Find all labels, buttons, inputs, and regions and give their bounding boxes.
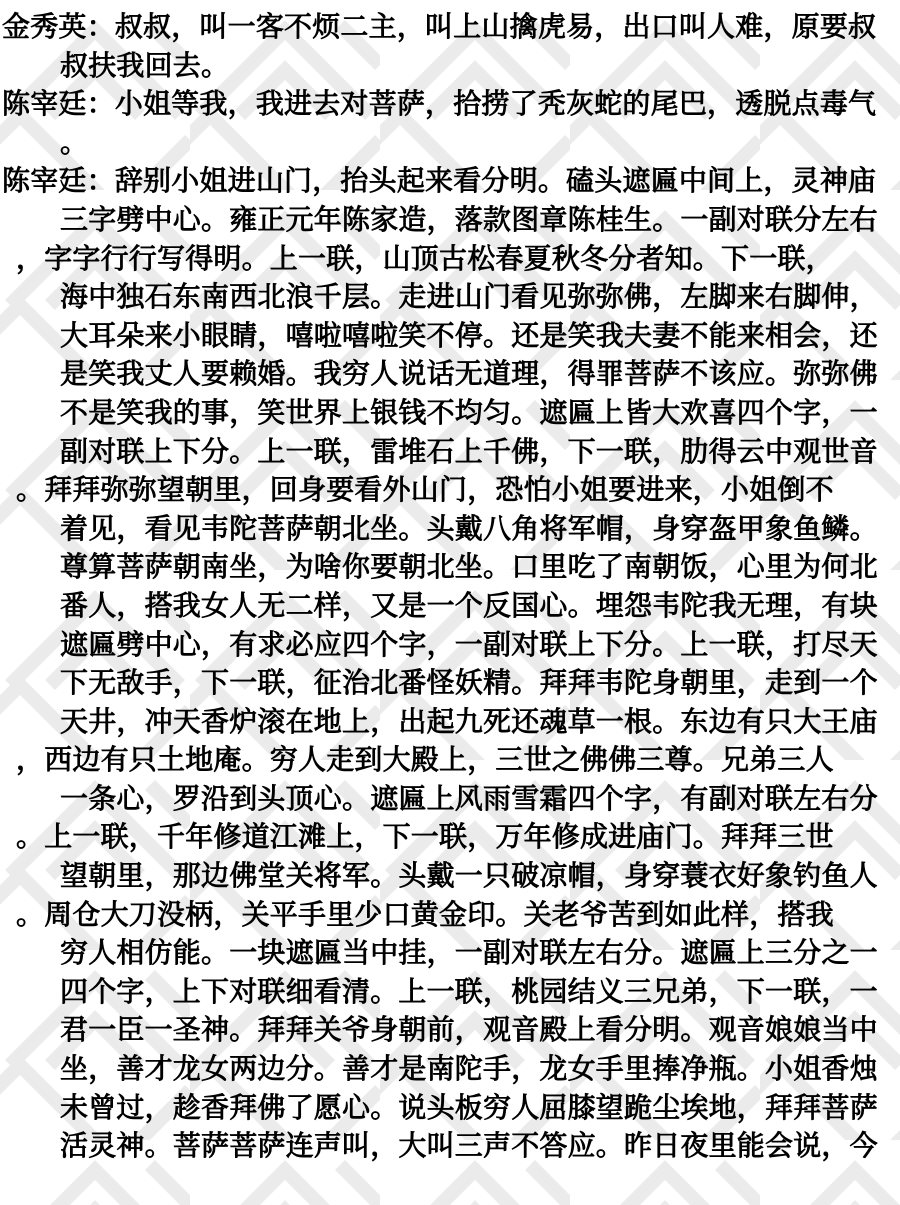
- text-line: 。拜拜弥弥望朝里，回身要看外山门，恐怕小姐要进来，小姐倒不: [16, 472, 900, 511]
- speaker-name: 陈宰廷：: [2, 166, 115, 197]
- text-line: 下无敌手，下一联，征治北番怪妖精。拜拜韦陀身朝里，走到一个: [60, 665, 900, 704]
- text-line: 番人，搭我女人无二样，又是一个反国心。埋怨韦陀我无理，有块: [60, 588, 900, 627]
- line-text: 小姐等我，我进去对菩萨，拾捞了秃灰蛇的尾巴，透脱点毒气: [115, 89, 876, 120]
- text-line: 。上一联，千年修道江滩上，下一联，万年修成进庙门。拜拜三世: [16, 819, 900, 858]
- text-line: 是笑我丈人要赖婚。我穷人说话无道理，得罪菩萨不该应。弥弥佛: [60, 356, 900, 395]
- line-text: 副对联上下分。上一联，雷堆石上千佛，下一联，肋得云中观世音: [60, 437, 878, 468]
- line-text: 三字劈中心。雍正元年陈家造，落款图章陈桂生。一副对联分左右: [60, 205, 878, 236]
- line-text: 下无敌手，下一联，征治北番怪妖精。拜拜韦陀身朝里，走到一个: [60, 668, 878, 699]
- text-line: 四个字，上下对联细看清。上一联，桃园结义三兄弟，下一联，一: [60, 974, 900, 1013]
- line-text: 不是笑我的事，笑世界上银钱不均匀。遮匾上皆大欢喜四个字，一: [60, 398, 878, 429]
- line-text: ，字字行行写得明。上一联，山顶古松春夏秋冬分者知。下一联，: [16, 244, 834, 275]
- text-line: ，西边有只土地庵。穷人走到大殿上，三世之佛佛三尊。兄弟三人: [16, 742, 900, 781]
- line-text: 尊算菩萨朝南坐，为啥你要朝北坐。口里吃了南朝饭，心里为何北: [60, 552, 878, 583]
- text-line: 君一臣一圣神。拜拜关爷身朝前，观音殿上看分明。观音娘娘当中: [60, 1012, 900, 1051]
- line-text: 坐，善才龙女两边分。善才是南陀手，龙女手里捧净瓶。小姐香烛: [60, 1054, 878, 1085]
- line-text: ，西边有只土地庵。穷人走到大殿上，三世之佛佛三尊。兄弟三人: [16, 745, 834, 776]
- line-text: 望朝里，那边佛堂关将军。头戴一只破凉帽，身穿蓑衣好象钓鱼人: [60, 861, 878, 892]
- line-text: 着见，看见韦陀菩萨朝北坐。头戴八角将军帽，身穿盔甲象鱼鳞。: [60, 514, 878, 545]
- script-page: { "page": { "background": "#ffffff", "te…: [0, 0, 900, 1205]
- text-line: 副对联上下分。上一联，雷堆石上千佛，下一联，肋得云中观世音: [60, 434, 900, 473]
- line-text: 君一臣一圣神。拜拜关爷身朝前，观音殿上看分明。观音娘娘当中: [60, 1015, 878, 1046]
- line-text: 是笑我丈人要赖婚。我穷人说话无道理，得罪菩萨不该应。弥弥佛: [60, 359, 878, 390]
- line-text: 。: [60, 128, 88, 159]
- text-line: 望朝里，那边佛堂关将军。头戴一只破凉帽，身穿蓑衣好象钓鱼人: [60, 858, 900, 897]
- text-line: 坐，善才龙女两边分。善才是南陀手，龙女手里捧净瓶。小姐香烛: [60, 1051, 900, 1090]
- text-line: 遮匾劈中心，有求必应四个字，一副对联上下分。上一联，打尽天: [60, 627, 900, 666]
- line-text: 四个字，上下对联细看清。上一联，桃园结义三兄弟，下一联，一: [60, 977, 878, 1008]
- line-text: 活灵神。菩萨菩萨连声叫，大叫三声不答应。昨日夜里能会说，今: [60, 1131, 878, 1162]
- document: 金秀英：叔叔，叫一客不烦二主，叫上山擒虎易，出口叫人难，原要叔 叔扶我回去。 陈…: [0, 0, 900, 1167]
- text-line: 未曾过，趁香拜佛了愿心。说头板穷人屈膝望跪尘埃地，拜拜菩萨: [60, 1090, 900, 1129]
- line-text: 叔扶我回去。: [60, 51, 229, 82]
- text-line: 陈宰廷：小姐等我，我进去对菩萨，拾捞了秃灰蛇的尾巴，透脱点毒气: [2, 86, 900, 125]
- line-text: 番人，搭我女人无二样，又是一个反国心。埋怨韦陀我无理，有块: [60, 591, 878, 622]
- speaker-name: 陈宰廷：: [2, 89, 115, 120]
- line-text: 叔叔，叫一客不烦二主，叫上山擒虎易，出口叫人难，原要叔: [115, 12, 876, 43]
- text-line: ，字字行行写得明。上一联，山顶古松春夏秋冬分者知。下一联，: [16, 241, 900, 280]
- line-text: 一条心，罗沿到头顶心。遮匾上风雨雪霜四个字，有副对联左右分: [60, 784, 878, 815]
- text-line: 活灵神。菩萨菩萨连声叫，大叫三声不答应。昨日夜里能会说，今: [60, 1128, 900, 1167]
- text-line: 尊算菩萨朝南坐，为啥你要朝北坐。口里吃了南朝饭，心里为何北: [60, 549, 900, 588]
- text-line: 。周仓大刀没柄，关平手里少口黄金印。关老爷苦到如此样，搭我: [16, 897, 900, 936]
- text-line: 三字劈中心。雍正元年陈家造，落款图章陈桂生。一副对联分左右: [60, 202, 900, 241]
- line-text: 未曾过，趁香拜佛了愿心。说头板穷人屈膝望跪尘埃地，拜拜菩萨: [60, 1093, 878, 1124]
- line-text: 遮匾劈中心，有求必应四个字，一副对联上下分。上一联，打尽天: [60, 630, 878, 661]
- text-line: 不是笑我的事，笑世界上银钱不均匀。遮匾上皆大欢喜四个字，一: [60, 395, 900, 434]
- text-line: 陈宰廷：辞别小姐进山门，抬头起来看分明。磕头遮匾中间上，灵神庙: [2, 163, 900, 202]
- text-line: 海中独石东南西北浪千层。走进山门看见弥弥佛，左脚来右脚伸，: [60, 279, 900, 318]
- text-line: 天井，冲天香炉滚在地上，出起九死还魂草一根。东边有只大王庙: [60, 704, 900, 743]
- text-line: 着见，看见韦陀菩萨朝北坐。头戴八角将军帽，身穿盔甲象鱼鳞。: [60, 511, 900, 550]
- line-text: 。周仓大刀没柄，关平手里少口黄金印。关老爷苦到如此样，搭我: [16, 900, 834, 931]
- line-text: 穷人相仿能。一块遮匾当中挂，一副对联左右分。遮匾上三分之一: [60, 938, 878, 969]
- line-text: 大耳朵来小眼睛，嘻啦嘻啦笑不停。还是笑我夫妻不能来相会，还: [60, 321, 878, 352]
- line-text: 海中独石东南西北浪千层。走进山门看见弥弥佛，左脚来右脚伸，: [60, 282, 878, 313]
- text-line: 叔扶我回去。: [60, 48, 900, 87]
- text-line: 大耳朵来小眼睛，嘻啦嘻啦笑不停。还是笑我夫妻不能来相会，还: [60, 318, 900, 357]
- line-text: 天井，冲天香炉滚在地上，出起九死还魂草一根。东边有只大王庙: [60, 707, 878, 738]
- text-line: 金秀英：叔叔，叫一客不烦二主，叫上山擒虎易，出口叫人难，原要叔: [2, 9, 900, 48]
- line-text: 。上一联，千年修道江滩上，下一联，万年修成进庙门。拜拜三世: [16, 822, 834, 853]
- line-text: 辞别小姐进山门，抬头起来看分明。磕头遮匾中间上，灵神庙: [115, 166, 876, 197]
- text-line: 一条心，罗沿到头顶心。遮匾上风雨雪霜四个字，有副对联左右分: [60, 781, 900, 820]
- text-line: 穷人相仿能。一块遮匾当中挂，一副对联左右分。遮匾上三分之一: [60, 935, 900, 974]
- text-line: 。: [60, 125, 900, 164]
- speaker-name: 金秀英：: [2, 12, 115, 43]
- line-text: 。拜拜弥弥望朝里，回身要看外山门，恐怕小姐要进来，小姐倒不: [16, 475, 834, 506]
